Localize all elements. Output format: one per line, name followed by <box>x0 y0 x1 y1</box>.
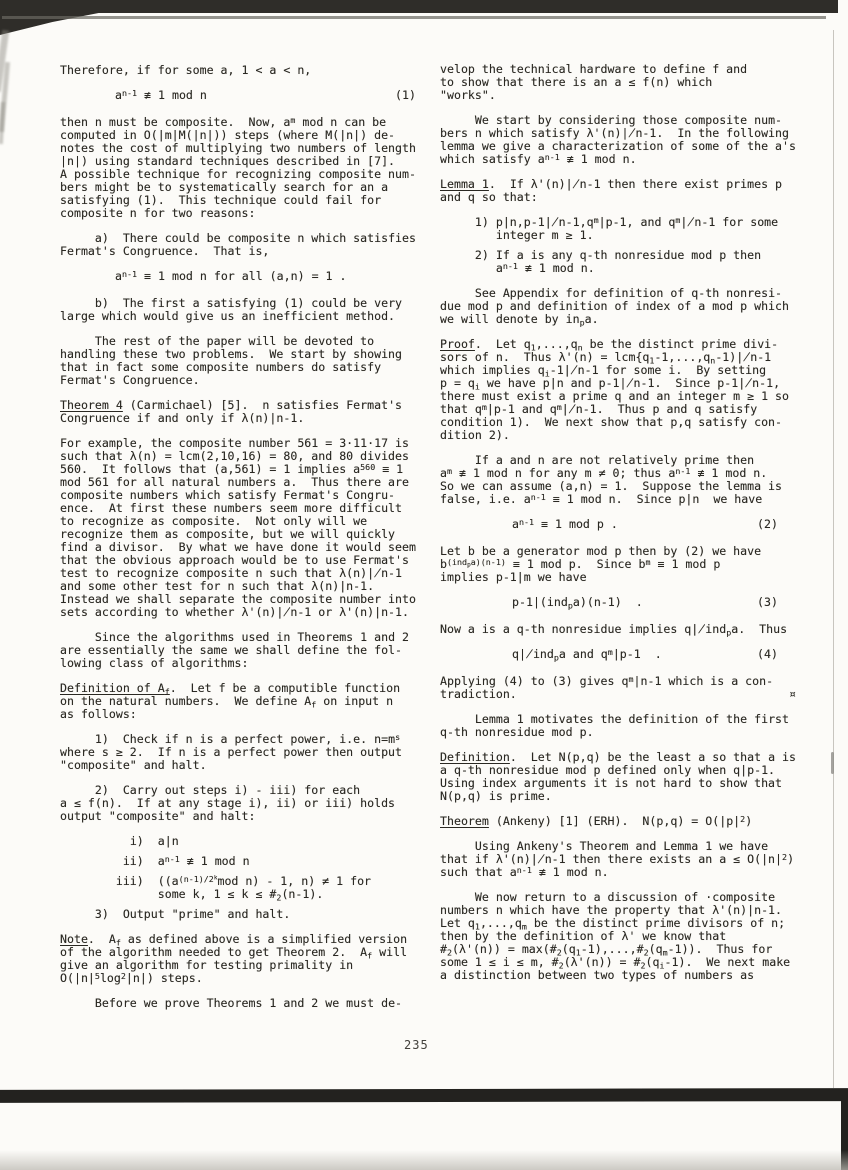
equation: q∤indpa and qm|p-1 .(4) <box>440 648 828 661</box>
paragraph: 1) p|n,p-1∤n-1,qm|p-1, and qm∤n-1 for so… <box>440 216 828 242</box>
paragraph: velop the technical hardware to define f… <box>440 63 828 102</box>
equation-body: an-1 ≢ 1 mod n <box>60 89 395 102</box>
paragraph: then n must be composite. Now, am mod n … <box>60 116 442 220</box>
equation-number: (4) <box>757 648 778 661</box>
scanned-paper-page: Therefore, if for some a, 1 < a < n,an-1… <box>0 0 848 1170</box>
paragraph: 2) Carry out steps i) - iii) for each a … <box>60 784 442 823</box>
paragraph: a) There could be composite n which sati… <box>60 232 442 258</box>
right-column: velop the technical hardware to define f… <box>440 63 828 994</box>
equation-number: (3) <box>757 596 778 609</box>
paragraph: Applying (4) to (3) gives qm|n-1 which i… <box>440 675 828 701</box>
paragraph: Lemma 1. If λ'(n)∤n-1 then there exist p… <box>440 178 828 204</box>
paragraph: 1) Check if n is a perfect power, i.e. n… <box>60 733 442 772</box>
scan-artifact-top-line <box>2 16 826 19</box>
scan-artifact-top-bar <box>0 0 838 13</box>
equation-number: (1) <box>395 89 416 102</box>
page-number: 235 <box>404 1038 429 1052</box>
equation: p-1|(indpa)(n-1) .(3) <box>440 596 828 609</box>
scan-artifact-page-edge-line <box>833 30 834 1088</box>
equation: an-1 ≡ 1 mod n for all (a,n) = 1 . <box>60 270 442 283</box>
paragraph: Theorem 4 (Carmichael) [5]. n satisfies … <box>60 399 442 425</box>
scan-artifact-bottom-fade <box>0 1150 848 1170</box>
paragraph: i) a|n <box>60 835 442 848</box>
paragraph: Now a is a q-th nonresidue implies q∤ind… <box>440 623 828 636</box>
paragraph: Note. Af as defined above is a simplifie… <box>60 933 442 985</box>
scan-artifact-bottom-bar <box>0 1088 848 1103</box>
paragraph: iii) ((a(n-1)/2kmod n) - 1, n) ≠ 1 for s… <box>60 875 442 901</box>
equation-number: (2) <box>757 518 778 531</box>
paragraph: Let b be a generator mod p then by (2) w… <box>440 545 828 584</box>
paragraph: We now return to a discussion of ·compos… <box>440 891 828 982</box>
paragraph: The rest of the paper will be devoted to… <box>60 335 442 387</box>
paragraph: b) The first a satisfying (1) could be v… <box>60 297 442 323</box>
scan-artifact-margin-tick <box>831 752 834 774</box>
paragraph: Therefore, if for some a, 1 < a < n, <box>60 64 442 77</box>
paragraph: Using Ankeny's Theorem and Lemma 1 we ha… <box>440 840 828 879</box>
equation-body: an-1 ≡ 1 mod p . <box>440 518 757 531</box>
paragraph: Before we prove Theorems 1 and 2 we must… <box>60 997 442 1010</box>
paragraph: Lemma 1 motivates the definition of the … <box>440 713 828 739</box>
equation-body: p-1|(indpa)(n-1) . <box>440 596 757 609</box>
paragraph: We start by considering those composite … <box>440 114 828 166</box>
paragraph: See Appendix for definition of q-th nonr… <box>440 287 828 326</box>
paragraph: 2) If a is any q-th nonresidue mod p the… <box>440 249 828 275</box>
scan-artifact-top-bar-wedge <box>0 10 114 35</box>
equation: an-1 ≡ 1 mod p .(2) <box>440 518 828 531</box>
paragraph: For example, the composite number 561 = … <box>60 437 442 619</box>
equation-body: an-1 ≡ 1 mod n for all (a,n) = 1 . <box>60 270 416 283</box>
equation-body: q∤indpa and qm|p-1 . <box>440 648 757 661</box>
paragraph: If a and n are not relatively prime then… <box>440 454 828 506</box>
paragraph: Definition of Af. Let f be a computible … <box>60 682 442 721</box>
paragraph: Proof. Let q1,...,qn be the distinct pri… <box>440 338 828 442</box>
paragraph: Since the algorithms used in Theorems 1 … <box>60 631 442 670</box>
paragraph: Theorem (Ankeny) [1] (ERH). N(p,q) = O(|… <box>440 815 828 828</box>
equation: an-1 ≢ 1 mod n(1) <box>60 89 442 102</box>
paragraph: Definition. Let N(p,q) be the least a so… <box>440 751 828 803</box>
left-column: Therefore, if for some a, 1 < a < n,an-1… <box>60 64 442 1022</box>
paragraph: 3) Output "prime" and halt. <box>60 908 442 921</box>
paragraph: ii) an-1 ≢ 1 mod n <box>60 855 442 868</box>
